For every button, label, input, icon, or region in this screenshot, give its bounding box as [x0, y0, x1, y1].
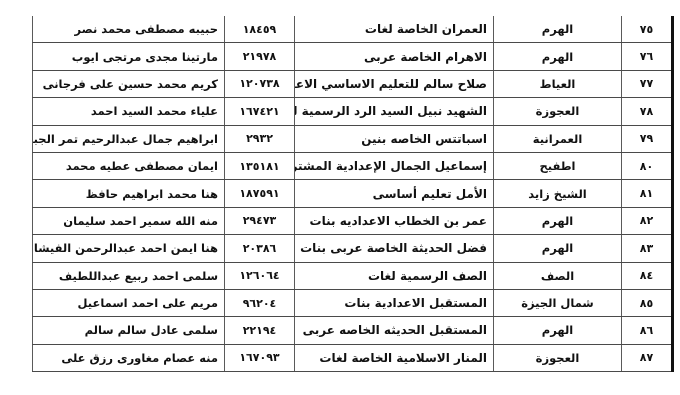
- school-name-cell: المنار الاسلامية الخاصة لغات: [295, 344, 494, 371]
- row-index: ٨١: [622, 180, 673, 207]
- school-name-cell: المستقبل الاعدادية بنات: [295, 289, 494, 316]
- school-name-cell: اسباتتس الخاصه بنين: [295, 125, 494, 152]
- table-row: ٧٥الهرمالعمران الخاصة لغات١٨٤٥٩حبيبه مصط…: [33, 16, 673, 43]
- table-row: ٨٧العجوزةالمنار الاسلامية الخاصة لغات١٦٧…: [33, 344, 673, 371]
- district-cell: العياط: [494, 70, 622, 97]
- student-name-cell: كريم محمد حسين على فرجانى: [33, 70, 225, 97]
- table-row: ٨٢الهرمعمر بن الخطاب الاعداديه بنات٢٩٤٧٣…: [33, 207, 673, 234]
- district-cell: الصف: [494, 262, 622, 289]
- district-cell: العمرانية: [494, 125, 622, 152]
- district-cell: العجوزة: [494, 344, 622, 371]
- seat-number-cell: ٢٢١٩٤: [225, 317, 295, 344]
- school-name-cell: الصف الرسمية لغات: [295, 262, 494, 289]
- seat-number-cell: ١٨٤٥٩: [225, 16, 295, 43]
- school-name-cell: الاهرام الخاصة عربى: [295, 43, 494, 70]
- seat-number-cell: ١٣٥١٨١: [225, 152, 295, 179]
- seat-number-cell: ١٦٧٤٢١: [225, 98, 295, 125]
- row-index: ٨٤: [622, 262, 673, 289]
- student-name-cell: مريم على احمد اسماعيل: [33, 289, 225, 316]
- seat-number-cell: ١٢٠٧٣٨: [225, 70, 295, 97]
- seat-number-cell: ٩٦٢٠٤: [225, 289, 295, 316]
- school-name-cell: العمران الخاصة لغات: [295, 16, 494, 43]
- seat-number-cell: ٢٩٣٢: [225, 125, 295, 152]
- row-index: ٨٠: [622, 152, 673, 179]
- school-name-cell: المستقبل الحديثه الخاصه عربى: [295, 317, 494, 344]
- district-cell: الشيخ زايد: [494, 180, 622, 207]
- student-name-cell: سلمى عادل سالم سالم: [33, 317, 225, 344]
- table-row: ٨٣الهرمفضل الحديثة الخاصة عربى بنات٢٠٣٨٦…: [33, 235, 673, 262]
- student-name-cell: منه الله سمير احمد سليمان: [33, 207, 225, 234]
- school-name-cell: عمر بن الخطاب الاعداديه بنات: [295, 207, 494, 234]
- district-cell: الهرم: [494, 317, 622, 344]
- row-index: ٨٣: [622, 235, 673, 262]
- school-name-cell: الشهيد نبيل السيد الرد الرسمية لغات: [295, 98, 494, 125]
- district-cell: العجوزة: [494, 98, 622, 125]
- row-index: ٨٢: [622, 207, 673, 234]
- district-cell: اطفيح: [494, 152, 622, 179]
- student-name-cell: هنا ايمن احمد عبدالرحمن الفيشاوى: [33, 235, 225, 262]
- seat-number-cell: ١٢٦٠٦٤: [225, 262, 295, 289]
- table-row: ٨٦الهرمالمستقبل الحديثه الخاصه عربى٢٢١٩٤…: [33, 317, 673, 344]
- district-cell: الهرم: [494, 16, 622, 43]
- district-cell: الهرم: [494, 235, 622, 262]
- row-index: ٧٨: [622, 98, 673, 125]
- seat-number-cell: ٢١٩٧٨: [225, 43, 295, 70]
- district-cell: الهرم: [494, 207, 622, 234]
- table-row: ٨١الشيخ زايدالأمل تعليم أساسى١٨٧٥٩١هنا م…: [33, 180, 673, 207]
- district-cell: الهرم: [494, 43, 622, 70]
- table-row: ٧٨العجوزةالشهيد نبيل السيد الرد الرسمية …: [33, 98, 673, 125]
- student-name-cell: علياء محمد السيد احمد: [33, 98, 225, 125]
- school-name-cell: صلاح سالم للتعليم الاساسي الاعدادى: [295, 70, 494, 97]
- student-name-cell: هنا محمد ابراهيم حافظ: [33, 180, 225, 207]
- seat-number-cell: ١٦٧٠٩٣: [225, 344, 295, 371]
- table-row: ٧٦الهرمالاهرام الخاصة عربى٢١٩٧٨مارتينا م…: [33, 43, 673, 70]
- seat-number-cell: ٢٠٣٨٦: [225, 235, 295, 262]
- row-index: ٨٥: [622, 289, 673, 316]
- row-index: ٧٦: [622, 43, 673, 70]
- results-table: ٧٥الهرمالعمران الخاصة لغات١٨٤٥٩حبيبه مصط…: [32, 16, 674, 372]
- row-index: ٧٩: [622, 125, 673, 152]
- seat-number-cell: ٢٩٤٧٣: [225, 207, 295, 234]
- student-name-cell: حبيبه مصطفى محمد نصر: [33, 16, 225, 43]
- results-table-body: ٧٥الهرمالعمران الخاصة لغات١٨٤٥٩حبيبه مصط…: [33, 16, 673, 372]
- district-cell: شمال الجيزة: [494, 289, 622, 316]
- student-name-cell: ابراهيم جمال عبدالرحيم تمر الجبالى: [33, 125, 225, 152]
- student-name-cell: ايمان مصطفى عطيه محمد: [33, 152, 225, 179]
- student-name-cell: مارتينا مجدى مرتجى ايوب: [33, 43, 225, 70]
- table-row: ٧٩العمرانيةاسباتتس الخاصه بنين٢٩٣٢ابراهي…: [33, 125, 673, 152]
- row-index: ٧٥: [622, 16, 673, 43]
- table-row: ٧٧العياطصلاح سالم للتعليم الاساسي الاعدا…: [33, 70, 673, 97]
- seat-number-cell: ١٨٧٥٩١: [225, 180, 295, 207]
- row-index: ٨٦: [622, 317, 673, 344]
- table-row: ٨٤الصفالصف الرسمية لغات١٢٦٠٦٤سلمى احمد ر…: [33, 262, 673, 289]
- student-name-cell: منه عصام مغاورى رزق على: [33, 344, 225, 371]
- school-name-cell: الأمل تعليم أساسى: [295, 180, 494, 207]
- school-name-cell: فضل الحديثة الخاصة عربى بنات: [295, 235, 494, 262]
- table-row: ٨٠اطفيحإسماعيل الجمال الإعدادية المشتركة…: [33, 152, 673, 179]
- table-row: ٨٥شمال الجيزةالمستقبل الاعدادية بنات٩٦٢٠…: [33, 289, 673, 316]
- student-name-cell: سلمى احمد ربيع عبداللطيف: [33, 262, 225, 289]
- row-index: ٨٧: [622, 344, 673, 371]
- school-name-cell: إسماعيل الجمال الإعدادية المشتركة: [295, 152, 494, 179]
- row-index: ٧٧: [622, 70, 673, 97]
